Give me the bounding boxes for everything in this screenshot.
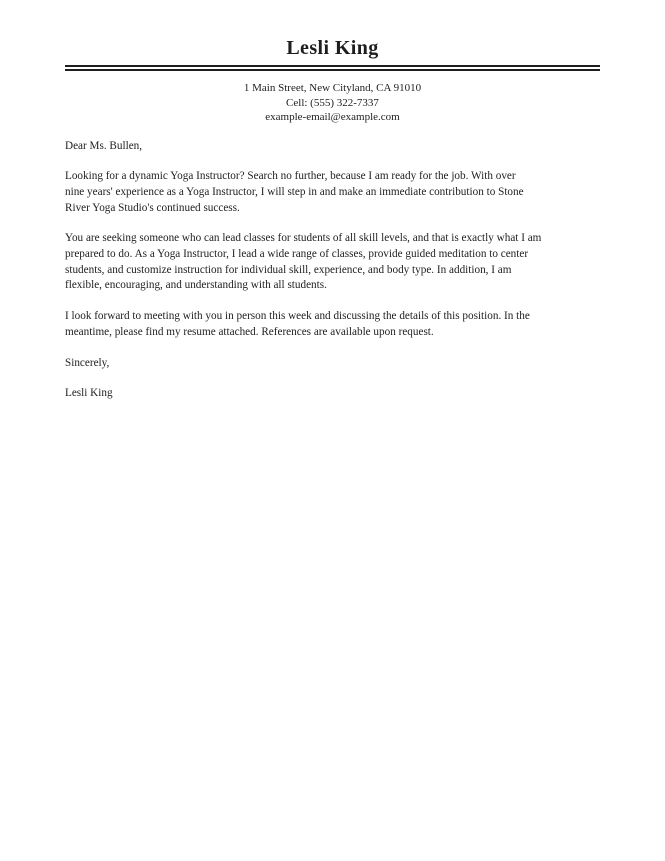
letter-body: Dear Ms. Bullen, Looking for a dynamic Y… [65,139,600,402]
paragraph-3: I look forward to meeting with you in pe… [65,309,600,340]
header-divider [65,65,600,71]
paragraph-2-line-4: flexible, encouraging, and understanding… [65,278,600,294]
paragraph-2-line-2: prepared to do. As a Yoga Instructor, I … [65,247,600,263]
paragraph-1: Looking for a dynamic Yoga Instructor? S… [65,169,600,216]
paragraph-2: You are seeking someone who can lead cla… [65,231,600,294]
contact-email: example-email@example.com [65,110,600,125]
letter-header: Lesli King 1 Main Street, New Cityland, … [65,36,600,125]
paragraph-3-line-1: I look forward to meeting with you in pe… [65,309,600,325]
paragraph-1-line-1: Looking for a dynamic Yoga Instructor? S… [65,169,600,185]
cover-letter-page: Lesli King 1 Main Street, New Cityland, … [0,0,665,861]
paragraph-1-line-3: River Yoga Studio's continued success. [65,201,600,217]
contact-address: 1 Main Street, New Cityland, CA 91010 [65,81,600,96]
contact-phone: Cell: (555) 322-7337 [65,96,600,111]
closing: Sincerely, [65,356,600,372]
paragraph-2-line-3: students, and customize instruction for … [65,263,600,279]
paragraph-2-line-1: You are seeking someone who can lead cla… [65,231,600,247]
paragraph-1-line-2: nine years' experience as a Yoga Instruc… [65,185,600,201]
contact-info: 1 Main Street, New Cityland, CA 91010 Ce… [65,81,600,125]
signature-name: Lesli King [65,386,600,402]
paragraph-3-line-2: meantime, please find my resume attached… [65,325,600,341]
applicant-name: Lesli King [65,36,600,61]
salutation: Dear Ms. Bullen, [65,139,600,155]
